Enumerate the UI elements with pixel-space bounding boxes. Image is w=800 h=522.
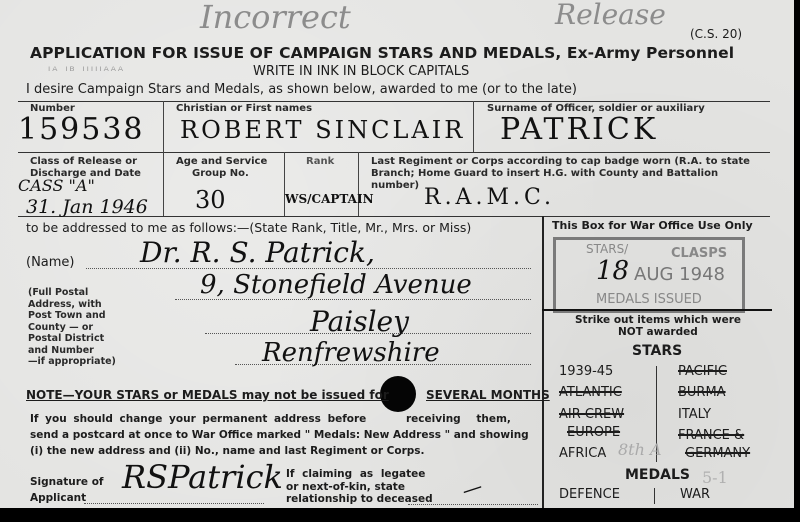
legatee-label-2: or next-of-kin, state bbox=[286, 481, 405, 493]
age-group-label-2: Group No. bbox=[192, 168, 249, 179]
star-atlantic[interactable]: ATLANTIC bbox=[559, 385, 622, 400]
star-europe[interactable]: EUROPE bbox=[567, 425, 620, 440]
divider bbox=[358, 152, 359, 216]
star-burma[interactable]: BURMA bbox=[678, 385, 726, 400]
release-date-value[interactable]: 31. Jan 1946 bbox=[26, 196, 148, 218]
release-class-value[interactable]: CASS "A" bbox=[18, 176, 95, 195]
signature-label-2: Applicant bbox=[30, 492, 86, 504]
note-body-3: (i) the new address and (ii) No., name a… bbox=[30, 445, 425, 457]
signature-label: Signature of bbox=[30, 476, 103, 488]
postal-address-label: (Full Postal Address, with Post Town and… bbox=[28, 287, 128, 368]
form-code: (C.S. 20) bbox=[690, 27, 742, 41]
divider bbox=[163, 101, 164, 216]
star-france[interactable]: FRANCE & bbox=[678, 428, 744, 443]
note-body-1: If you should change your permanent addr… bbox=[30, 413, 366, 425]
signature-value[interactable]: RSPatrick bbox=[122, 458, 283, 496]
stamp-date: AUG 1948 bbox=[634, 264, 725, 285]
star-air-crew[interactable]: AIR CREW bbox=[559, 407, 624, 422]
annotation-release: Release bbox=[555, 0, 666, 31]
medal-application-card: Incorrect Release (C.S. 20) APPLICATION … bbox=[0, 0, 794, 508]
star-germany[interactable]: GERMANY bbox=[685, 446, 750, 461]
number-value[interactable]: 159538 bbox=[18, 112, 145, 147]
africa-annotation: 8th A bbox=[618, 440, 662, 459]
medal-war[interactable]: WAR bbox=[680, 487, 710, 502]
note-body-1b: receiving them, bbox=[406, 413, 511, 425]
address-line-1[interactable]: 9, Stonefield Avenue bbox=[200, 270, 472, 300]
address-heading: to be addressed to me as follows:—(State… bbox=[26, 220, 471, 235]
form-intro: I desire Campaign Stars and Medals, as s… bbox=[26, 82, 577, 97]
rank-value[interactable]: WS/CAPTAIN bbox=[285, 192, 374, 206]
age-group-value[interactable]: 30 bbox=[195, 186, 226, 214]
release-class-label: Class of Release or bbox=[30, 156, 137, 167]
divider bbox=[284, 152, 285, 216]
regiment-label-2: Branch; Home Guard to insert H.G. with C… bbox=[371, 168, 718, 179]
regiment-value[interactable]: R.A.M.C. bbox=[424, 185, 555, 210]
legatee-label: If claiming as legatee bbox=[286, 468, 425, 480]
office-box-heading: This Box for War Office Use Only bbox=[552, 219, 753, 232]
stamp-day: 18 bbox=[596, 256, 629, 286]
first-names-label: Christian or First names bbox=[176, 103, 312, 114]
star-africa[interactable]: AFRICA bbox=[559, 446, 606, 461]
divider bbox=[473, 101, 474, 152]
strike-instruction: Strike out items which were bbox=[575, 314, 741, 326]
legatee-value[interactable]: — bbox=[459, 473, 485, 502]
divider bbox=[18, 101, 770, 102]
star-pacific[interactable]: PACIFIC bbox=[678, 364, 727, 379]
medals-annotation: 5-1 bbox=[702, 468, 728, 487]
note-headline: NOTE—YOUR STARS or MEDALS may not be iss… bbox=[26, 388, 389, 402]
divider bbox=[18, 152, 770, 153]
note-body-2: send a postcard at once to War Office ma… bbox=[30, 429, 529, 441]
faint-stamp-text: ᴵᴬ ᴵᴮ ᴵᴵᴵᴵᴵᴬᴬᴬ bbox=[48, 64, 125, 78]
stars-heading: STARS bbox=[632, 343, 682, 359]
form-title: APPLICATION FOR ISSUE OF CAMPAIGN STARS … bbox=[30, 44, 734, 62]
medals-heading: MEDALS bbox=[625, 467, 690, 483]
first-names-value[interactable]: ROBERT SINCLAIR bbox=[180, 116, 465, 144]
age-group-label: Age and Service bbox=[176, 156, 267, 167]
address-line-3[interactable]: Renfrewshire bbox=[262, 338, 440, 368]
legatee-dots bbox=[408, 504, 538, 505]
regiment-label: Last Regiment or Corps according to cap … bbox=[371, 156, 750, 167]
surname-value[interactable]: PATRICK bbox=[500, 112, 658, 147]
medal-defence[interactable]: DEFENCE bbox=[559, 487, 620, 502]
star-italy[interactable]: ITALY bbox=[678, 407, 711, 422]
name-label: (Name) bbox=[26, 255, 75, 270]
medals-divider bbox=[654, 488, 655, 504]
address-line-2[interactable]: Paisley bbox=[310, 305, 409, 338]
star-1939-45[interactable]: 1939-45 bbox=[559, 364, 613, 379]
office-box-border bbox=[542, 216, 544, 508]
rank-label: Rank bbox=[306, 156, 334, 167]
signature-dots bbox=[84, 503, 264, 504]
note-headline-right: SEVERAL MONTHS bbox=[426, 388, 550, 402]
name-value[interactable]: Dr. R. S. Patrick, bbox=[140, 236, 375, 269]
regiment-label-3: number) bbox=[371, 180, 419, 191]
office-box-bottom bbox=[542, 309, 772, 311]
date-stamp: STARS/ CLASPS 18 AUG 1948 MEDALS ISSUED bbox=[553, 237, 745, 313]
form-subtitle: WRITE IN INK IN BLOCK CAPITALS bbox=[253, 64, 469, 79]
strike-instruction-2: NOT awarded bbox=[618, 326, 698, 338]
annotation-incorrect: Incorrect bbox=[200, 0, 351, 36]
